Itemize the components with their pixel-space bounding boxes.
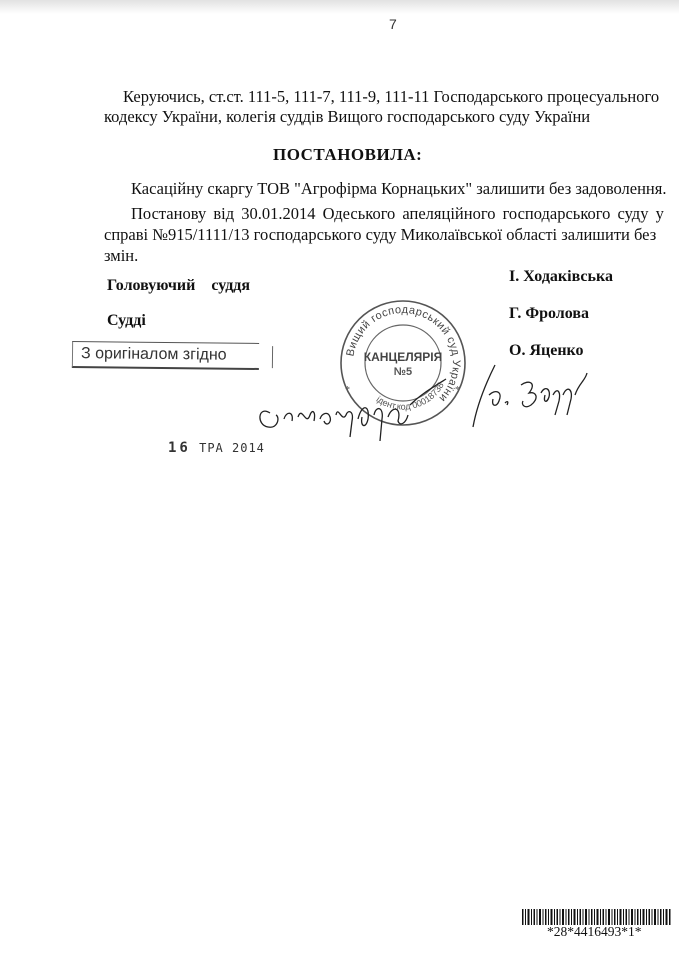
barcode-icon xyxy=(522,909,672,925)
scan-top-shadow xyxy=(0,0,679,14)
presiding-judge-label: Головуючий суддя xyxy=(107,277,250,295)
ruling-heading: ПОСТАНОВИЛА: xyxy=(273,145,422,165)
page-number: 7 xyxy=(389,16,397,32)
certified-copy-stamp: З оригіналом згідно xyxy=(72,341,259,370)
ruling-item-2-line-2: справі №915/1111/13 господарського суду … xyxy=(104,224,656,246)
ruling-item-2-line-1: Постанову від 30.01.2014 Одеського апеля… xyxy=(131,203,664,225)
received-date-stamp: 16 ТРА 2014 xyxy=(168,440,265,456)
clerk-signature-icon xyxy=(455,355,595,435)
barcode-number: *28*4416493*1* xyxy=(547,924,642,940)
judges-label: Судді xyxy=(107,312,146,330)
date-month-year: ТРА 2014 xyxy=(199,441,265,455)
intro-paragraph-line-2: кодексу України, колегія суддів Вищого г… xyxy=(104,106,590,128)
intro-paragraph-line-1: Керуючись, ст.ст. 111-5, 111-7, 111-9, 1… xyxy=(123,86,659,108)
ruling-item-2-line-3: змін. xyxy=(104,245,138,267)
judge-name-1: І. Ходаківська xyxy=(509,268,613,286)
seal-center-text: КАНЦЕЛЯРІЯ xyxy=(364,350,442,364)
secretary-signature-icon xyxy=(250,375,450,445)
judge-name-2: Г. Фролова xyxy=(509,305,589,323)
ruling-item-1: Касаційну скаргу ТОВ "Агрофірма Корнацьк… xyxy=(131,178,666,200)
date-day: 16 xyxy=(168,440,191,456)
